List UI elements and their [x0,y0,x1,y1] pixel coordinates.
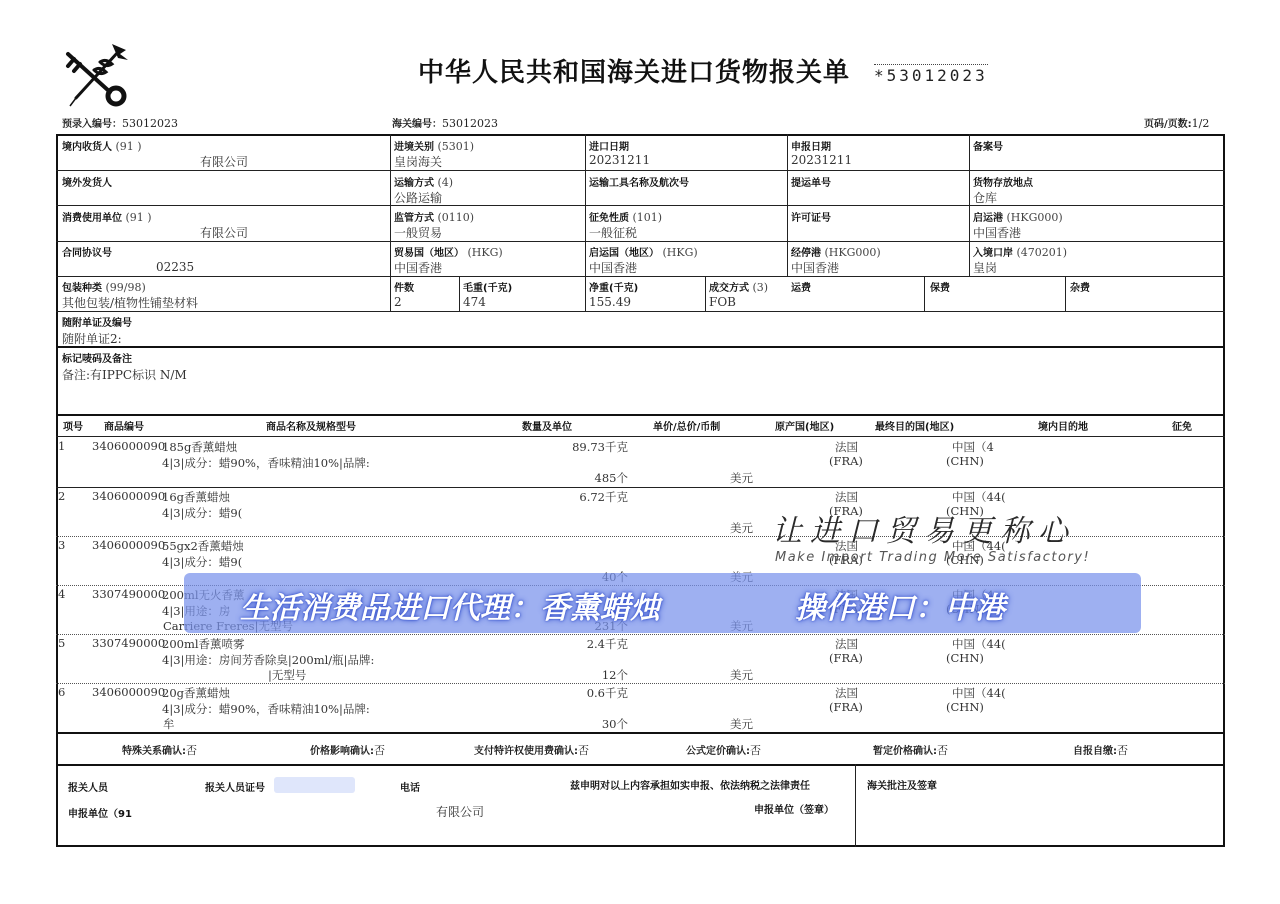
declare-date-value: 20231211 [791,153,852,167]
item-origin: 法国 [835,439,858,455]
item-no: 5 [58,636,65,650]
attached-docs-label: 随附单证及编号 [62,314,132,329]
item-qty-weight: 89.73千克 [528,439,628,455]
item-no: 2 [58,489,65,503]
levy-nature-value: 一般征税 [589,224,637,241]
entry-customs-value: 皇岗海关 [394,153,442,170]
gross-weight-value: 474 [463,295,486,309]
item-currency: 美元 [730,667,753,683]
marks-value: 备注:有IPPC标识 N/M [62,366,187,383]
item-qty-count: 12个 [528,667,628,683]
item-currency: 美元 [730,470,753,486]
divider [924,276,925,311]
departure-port-label: 启运港 (HKG000) [973,209,1063,224]
attached-docs-value: 随附单证2: [62,330,122,347]
vessel-label: 运输工具名称及航次号 [589,174,689,189]
customs-number: 海关编号：53012023 [392,115,498,130]
customs-number-label: 海关编号： [392,119,442,130]
item-currency: 美元 [730,716,753,732]
divider [56,311,1225,312]
item-spec-extra: |无型号 [268,667,306,683]
pre-entry-value: 53012023 [122,117,178,130]
customs-seal-label: 海关批注及签章 [867,777,937,792]
bill-no-label: 提运单号 [791,174,831,189]
declaration-statement: 兹申明对以上内容承担如实申报、依法纳税之法律责任 [570,777,810,792]
col-header-hs: 商品编号 [104,418,144,433]
divider [56,170,1225,171]
entry-port-value: 皇岗 [973,259,997,276]
item-spec: 4|3|成分：蜡90%，香味精油10%|品牌: [162,701,370,717]
watermark-banner-text-port: 操作港口：中港 [795,583,1005,627]
item-qty-weight: 2.4千克 [528,636,628,652]
consignee-value: 有限公司 [200,153,248,170]
item-spec-extra: 牟 [163,716,175,732]
pieces-label: 件数 [394,279,414,294]
import-date-value: 20231211 [589,153,650,167]
departure-country-value: 中国香港 [589,259,637,276]
item-qty-count: 485个 [528,470,628,486]
confirm-provisional-price: 暂定价格确认:否 [873,742,948,758]
contract-no-value: 02235 [156,260,194,274]
declarant-value: 有限公司 [436,803,484,820]
package-type-label: 包装种类 (99/98) [62,279,146,294]
divider [390,134,391,311]
customs-number-value: 53012023 [442,117,498,130]
item-name: 200ml香薰喷雾 [162,636,245,652]
page-value: 1/2 [1192,117,1210,130]
confirm-formula-price: 公式定价确认:否 [686,742,761,758]
transaction-mode-value: FOB [709,295,736,309]
transport-mode-label: 运输方式 (4) [394,174,453,189]
page-indicator: 页码/页数:1/2 [1144,115,1209,130]
net-weight-value: 155.49 [589,295,631,309]
divider [56,487,1225,488]
transaction-mode-label: 成交方式 (3) [709,279,768,294]
item-origin: 法国 [835,489,858,505]
confirm-royalty: 支付特许权使用费确认:否 [474,742,589,758]
item-origin-code: (FRA) [829,454,863,468]
item-name: 16g香薰蜡烛 [162,489,230,505]
confirm-self-declare: 自报自缴:否 [1073,742,1128,758]
divider [56,764,1225,766]
freight-label: 运费 [791,279,811,294]
item-dest-code: (CHN) [946,454,984,468]
item-hs-code: 3406000090 [92,685,165,699]
item-qty-weight: 6.72千克 [528,489,628,505]
item-origin: 法国 [835,685,858,701]
consignee-label: 境内收货人 (91 ) [62,138,142,153]
transit-port-value: 中国香港 [791,259,839,276]
item-origin-code: (FRA) [829,700,863,714]
item-name: 20g香薰蜡烛 [162,685,230,701]
broker-id-label: 报关人员证号 [205,779,265,794]
divider [56,276,1225,277]
declarant-seal-label: 申报单位（签章） [754,801,834,816]
misc-fee-label: 杂费 [1070,279,1090,294]
supervision-mode-label: 监管方式 (0110) [394,209,474,224]
item-qty-count: 30个 [528,716,628,732]
package-type-value: 其他包装/植物性铺垫材料 [62,294,198,311]
document-title: 中华人民共和国海关进口货物报关单 [418,52,850,89]
item-no: 1 [58,439,65,453]
license-no-label: 许可证号 [791,209,831,224]
item-origin: 法国 [835,636,858,652]
storage-place-label: 货物存放地点 [973,174,1033,189]
divider [787,134,788,276]
item-name: 185g香薰蜡烛 [162,439,237,455]
item-no: 4 [58,587,65,601]
item-no: 6 [58,685,65,699]
levy-nature-label: 征免性质 (101) [589,209,662,224]
item-spec: 4|3|成分：蜡90%，香味精油10%|品牌: [162,455,370,471]
declare-date-label: 申报日期 [791,138,831,153]
divider [56,205,1225,206]
divider [705,276,706,311]
pieces-value: 2 [394,295,402,309]
col-header-levy: 征免 [1172,418,1192,433]
broker-id-redacted [274,777,355,793]
item-hs-code: 3406000090 [92,489,165,503]
watermark-slogan: Make Import Trading More Satisfactory! [775,550,1090,565]
departure-port-value: 中国香港 [973,224,1021,241]
pre-entry-number: 预录入编号：53012023 [62,115,178,130]
page-label: 页码/页数: [1144,119,1192,130]
item-origin-code: (FRA) [829,651,863,665]
divider [585,134,586,311]
transport-mode-value: 公路运输 [394,189,442,206]
item-dest: 中国（4 [952,439,994,455]
watermark-banner-text-product: 生活消费品进口代理：香薰蜡烛 [240,583,660,627]
divider [969,134,970,276]
entry-port-label: 入境口岸 (470201) [973,244,1067,259]
trade-country-label: 贸易国（地区） (HKG) [394,244,503,259]
divider [459,276,460,311]
item-dest: 中国（44( [952,636,1006,652]
marks-label: 标记唛码及备注 [62,350,132,365]
gross-weight-label: 毛重(千克) [463,279,512,294]
supervision-mode-value: 一般贸易 [394,224,442,241]
col-header-price: 单价/总价/币制 [653,418,720,433]
item-dest-code: (CHN) [946,651,984,665]
dotted-divider [56,634,1225,635]
storage-place-value: 仓库 [973,189,997,206]
broker-label: 报关人员 [68,779,108,794]
confirm-special-relation: 特殊关系确认:否 [122,742,197,758]
col-header-qty: 数量及单位 [522,418,572,433]
col-header-origin: 原产国(地区) [775,418,834,433]
item-spec: 4|3|成分：蜡9( [162,554,242,570]
item-dest-code: (CHN) [946,700,984,714]
import-date-label: 进口日期 [589,138,629,153]
divider [1065,276,1066,311]
customs-emblem-icon [60,40,132,108]
divider [56,436,1225,437]
col-header-domestic-dest: 境内目的地 [1038,418,1088,433]
consumer-unit-value: 有限公司 [200,224,248,241]
item-hs-code: 3406000090 [92,538,165,552]
departure-country-label: 启运国（地区） (HKG) [589,244,698,259]
barcode-number: *53012023 [874,64,988,85]
insurance-label: 保费 [930,279,950,294]
col-header-name: 商品名称及规格型号 [266,418,356,433]
divider [56,346,1225,348]
item-no: 3 [58,538,65,552]
net-weight-label: 净重(千克) [589,279,638,294]
col-header-no: 项号 [63,418,83,433]
item-dest: 中国（44( [952,685,1006,701]
pre-entry-label: 预录入编号： [62,119,122,130]
item-currency: 美元 [730,520,753,536]
entry-customs-label: 进境关别 (5301) [394,138,474,153]
divider [56,732,1225,734]
record-no-label: 备案号 [973,138,1003,153]
trade-country-value: 中国香港 [394,259,442,276]
transit-port-label: 经停港 (HKG000) [791,244,881,259]
overseas-shipper-label: 境外发货人 [62,174,112,189]
confirm-price-influence: 价格影响确认:否 [310,742,385,758]
phone-label: 电话 [400,779,420,794]
item-name: 55gx2香薰蜡烛 [162,538,244,554]
item-dest: 中国（44( [952,489,1006,505]
item-spec: 4|3|用途：房间芳香除臭|200ml/瓶|品牌: [162,652,374,668]
watermark-handwriting: 让进口贸易更称心 [772,506,1076,550]
item-qty-weight: 0.6千克 [528,685,628,701]
item-hs-code: 3307490000 [92,587,165,601]
col-header-dest-country: 最终目的国(地区) [875,418,954,433]
dotted-divider [56,683,1225,684]
divider [855,764,856,847]
contract-no-label: 合同协议号 [62,244,112,259]
item-spec: 4|3|成分：蜡9( [162,505,242,521]
item-hs-code: 3406000090 [92,439,165,453]
divider [56,241,1225,242]
divider [56,414,1225,416]
consumer-unit-label: 消费使用单位 (91 ) [62,209,152,224]
declarant-label: 申报单位（91 [68,805,132,820]
item-hs-code: 3307490000 [92,636,165,650]
